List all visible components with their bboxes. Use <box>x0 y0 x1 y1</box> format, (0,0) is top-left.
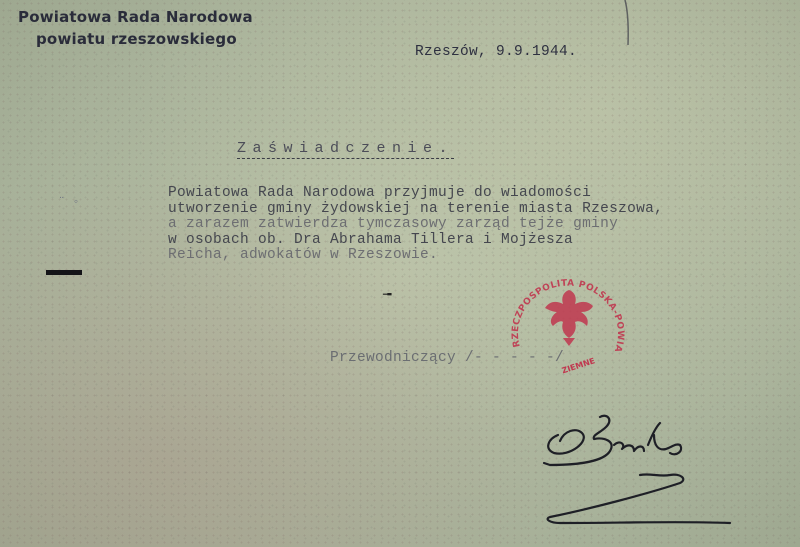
ink-mark: ╼ <box>383 287 391 304</box>
letterhead-line-2: powiatu rzeszowskiego <box>18 28 253 50</box>
document-page: Powiatowa Rada Narodowa powiatu rzeszows… <box>0 0 800 547</box>
paper-crease <box>623 0 633 45</box>
body-line: utworzenie gminy żydowskiej na terenie m… <box>168 202 663 218</box>
body-line: w osobach ob. Dra Abrahama Tillera i Moj… <box>168 233 663 249</box>
eagle-icon <box>545 290 593 346</box>
letterhead-line-1: Powiatowa Rada Narodowa <box>18 8 253 26</box>
handwritten-signature <box>530 405 750 535</box>
place-date: Rzeszów, 9.9.1944. <box>415 44 577 60</box>
margin-bar-mark <box>46 270 82 275</box>
svg-text:ZIEMNE: ZIEMNE <box>561 356 596 374</box>
body-line: a zarazem zatwierdza tymczasowy zarząd t… <box>168 217 663 233</box>
official-stamp: RZECZPOSPOLITA POLSKA-POWIATOWA R.N. RZE… <box>503 262 635 374</box>
body-line: Powiatowa Rada Narodowa przyjmuje do wia… <box>168 186 663 202</box>
margin-marks: ¨ ◦ <box>58 195 80 209</box>
document-title: Zaświadczenie. <box>237 140 454 159</box>
body-text: Powiatowa Rada Narodowa przyjmuje do wia… <box>168 186 663 264</box>
letterhead: Powiatowa Rada Narodowa powiatu rzeszows… <box>18 6 253 50</box>
